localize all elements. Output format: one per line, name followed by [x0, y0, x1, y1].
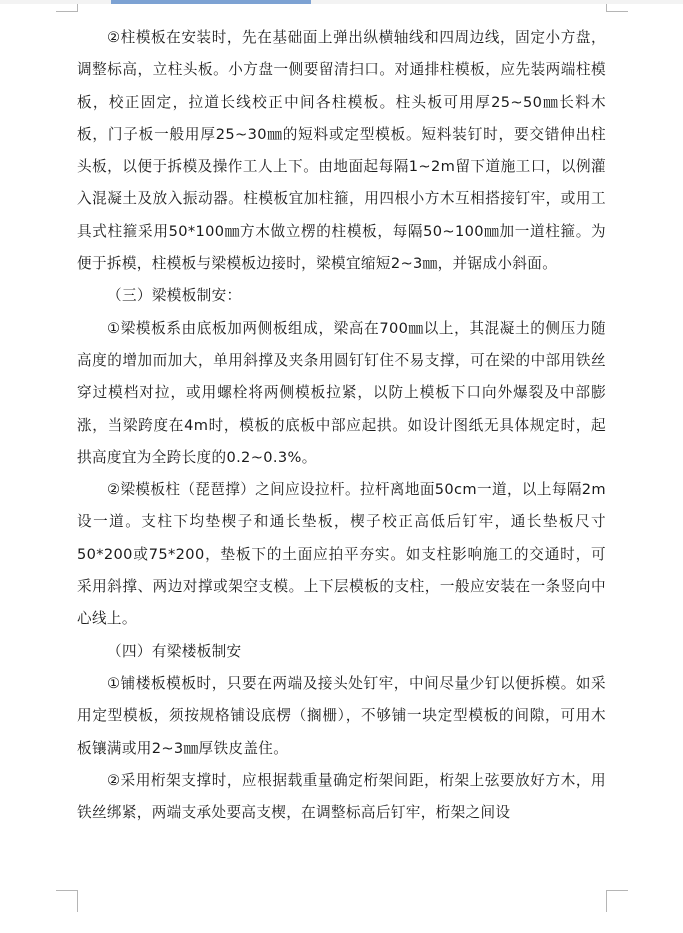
paragraph-beam-formwork-1: ①梁模板系由底板加两侧板组成，梁高在700㎜以上，其混凝土的侧压力随高度的增加而…: [77, 313, 606, 474]
page-corner-mark-top-left: [56, 4, 78, 12]
paragraph-beam-formwork-2: ②梁模板柱（琵琶撑）之间应设拉杆。拉杆离地面50cm一道，以上每隔2m设一道。支…: [77, 474, 606, 635]
page-corner-mark-bottom-left: [56, 890, 78, 912]
section-heading-beam-slab: （四）有梁楼板制安: [77, 636, 606, 668]
page-corner-mark-bottom-right: [606, 890, 628, 912]
paragraph-column-formwork-install: ②柱模板在安装时，先在基础面上弹出纵横轴线和四周边线，固定小方盘，调整标高，立柱…: [77, 22, 606, 280]
scroll-position-indicator[interactable]: [111, 0, 311, 4]
top-scroll-strip: [0, 0, 683, 4]
page-corner-mark-top-right: [606, 4, 628, 12]
document-page-body[interactable]: ②柱模板在安装时，先在基础面上弹出纵横轴线和四周边线，固定小方盘，调整标高，立柱…: [77, 22, 606, 829]
paragraph-beam-slab-2: ②采用桁架支撑时，应根据载重量确定桁架间距，桁架上弦要放好方木，用铁丝绑紧，两端…: [77, 765, 606, 830]
section-heading-beam-formwork: （三）梁模板制安：: [77, 280, 606, 312]
paragraph-beam-slab-1: ①铺楼板模板时，只要在两端及接头处钉牢，中间尽量少钉以便拆模。如采用定型模板，须…: [77, 668, 606, 765]
